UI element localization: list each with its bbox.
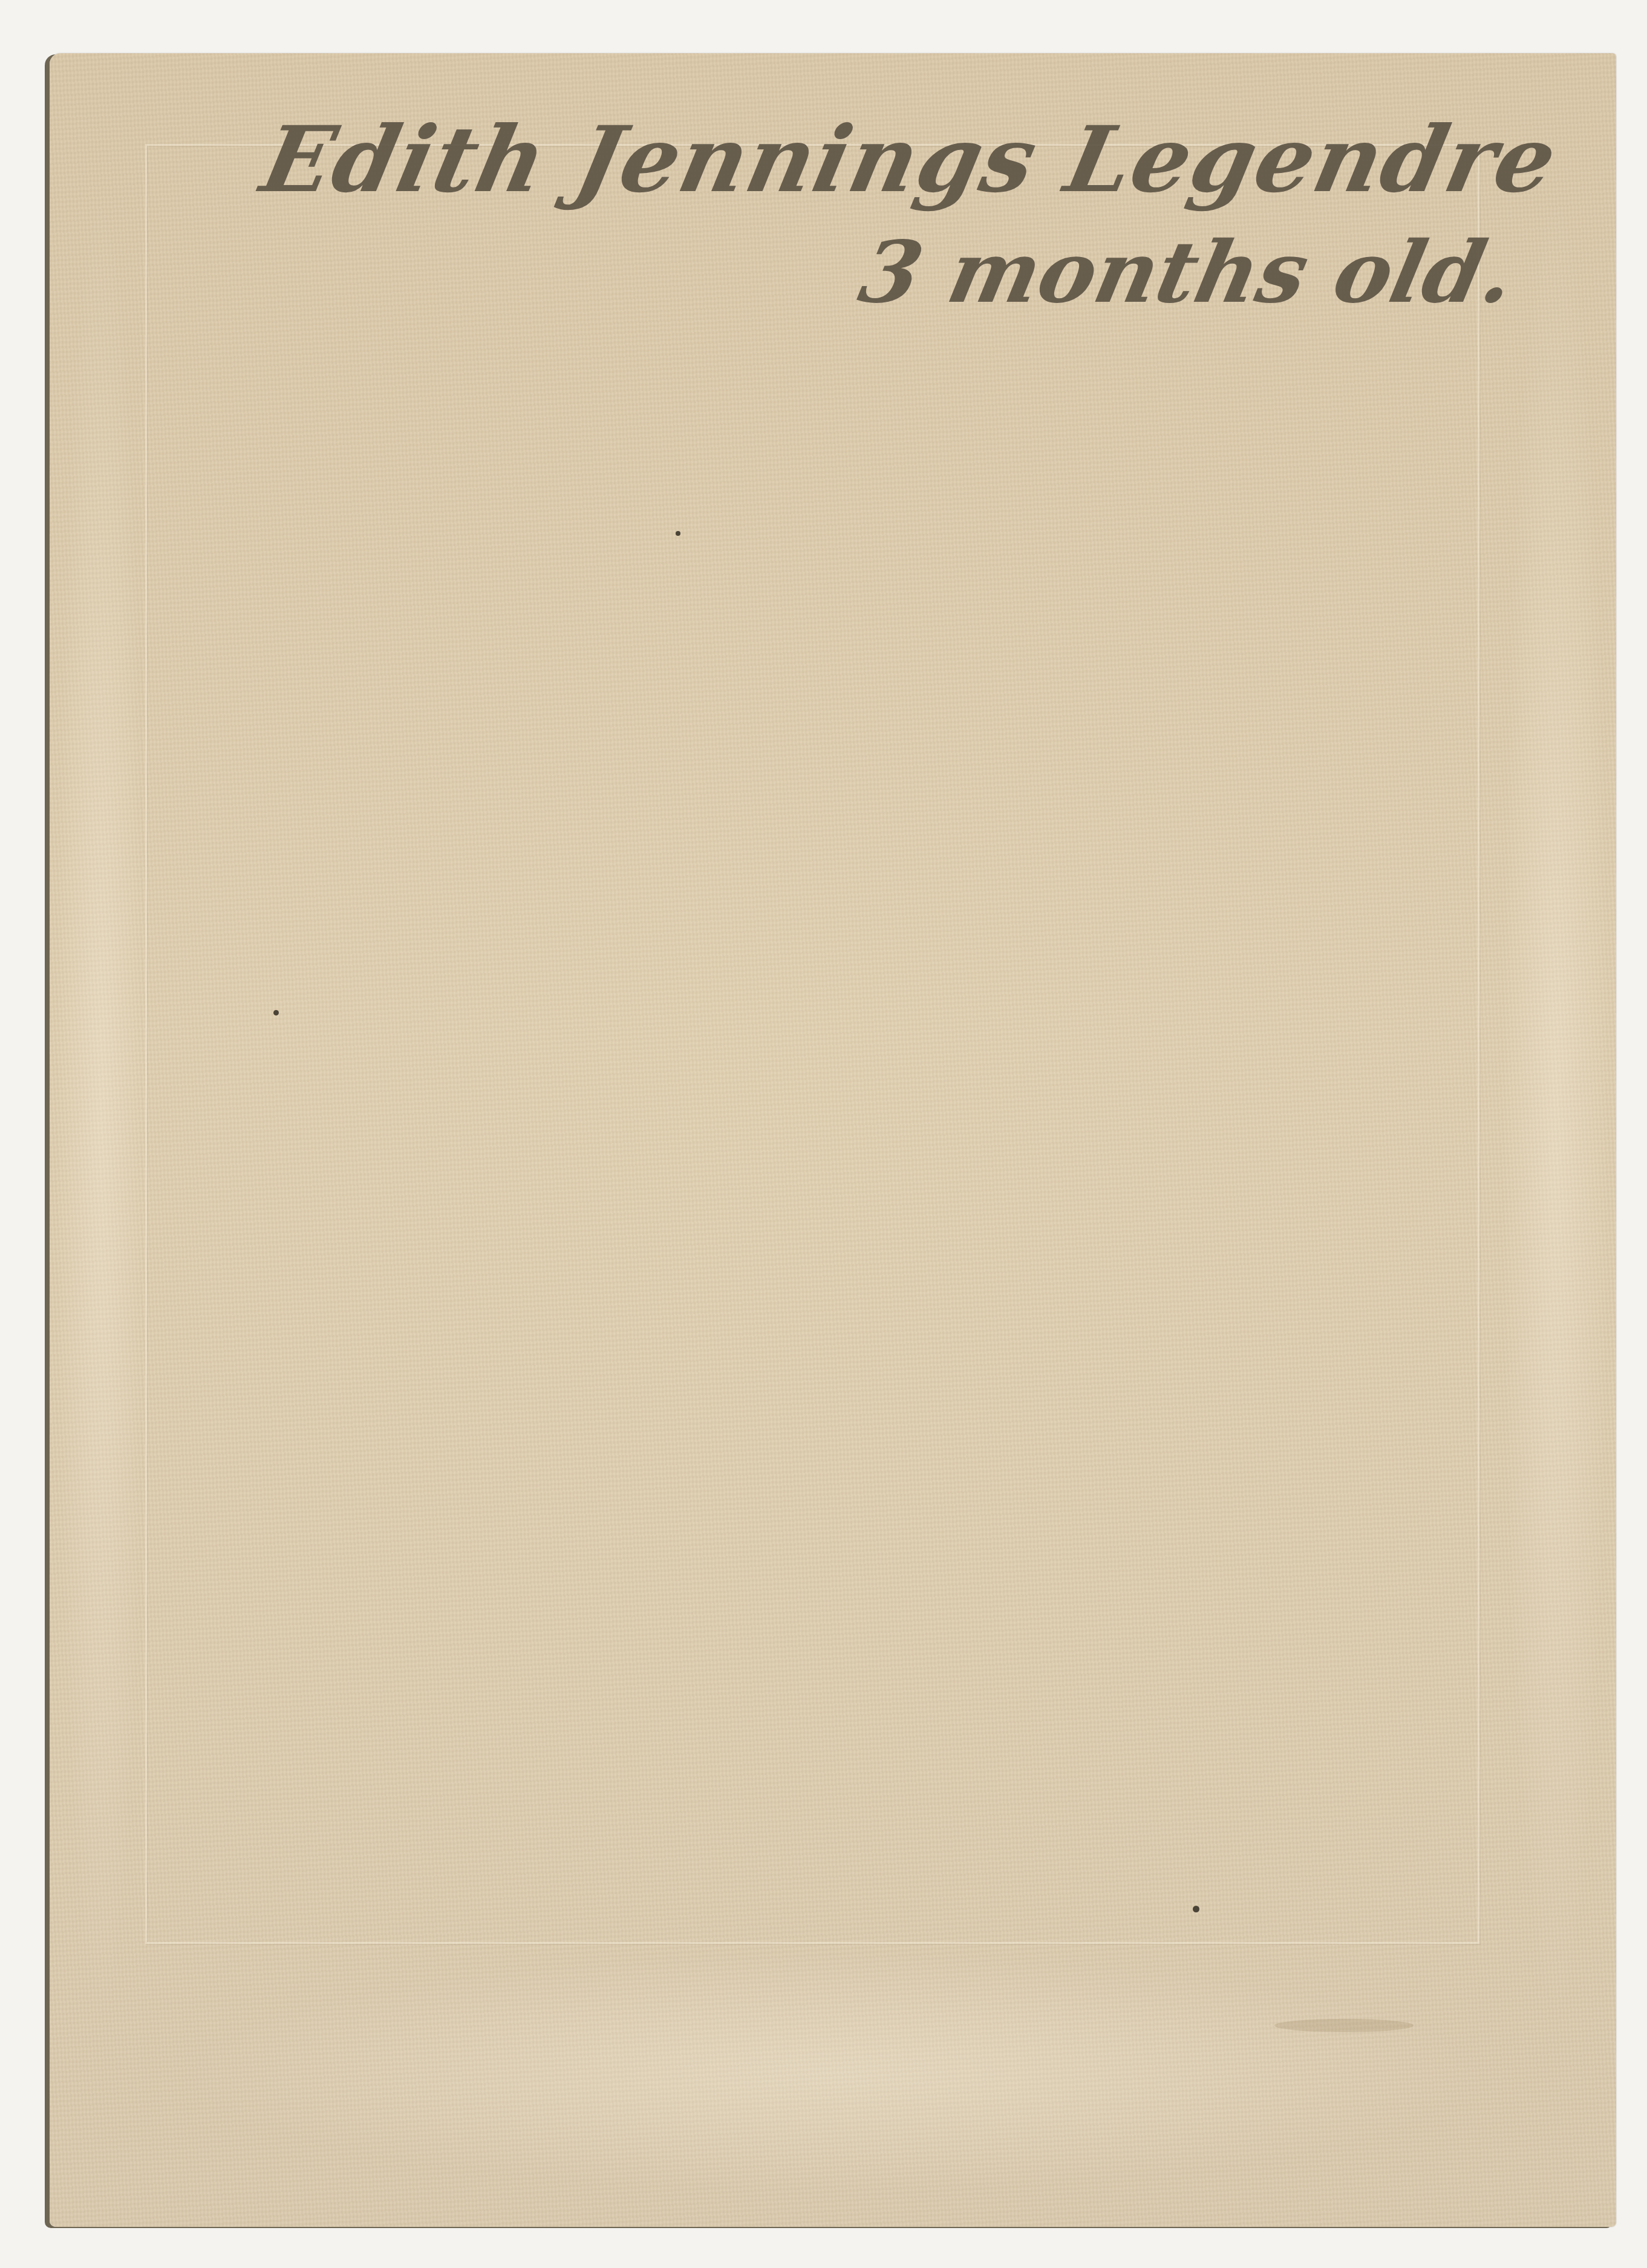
- paper-speck: [1193, 1906, 1199, 1912]
- inscription-name: Edith Jennings Legendre: [253, 108, 1567, 212]
- paper-speck: [676, 531, 680, 536]
- stain-mark: [1274, 2019, 1414, 2032]
- photo-card-back: Edith Jennings Legendre 3 months old.: [50, 53, 1616, 2227]
- embossed-floral-left: [56, 174, 146, 2049]
- embossed-inner-border: [145, 144, 1479, 1944]
- embossed-floral-bottom: [171, 1952, 1501, 2194]
- paper-speck: [273, 1010, 279, 1015]
- inscription-age: 3 months old.: [254, 224, 1524, 322]
- embossed-floral-right: [1501, 174, 1610, 2049]
- handwritten-inscription: Edith Jennings Legendre 3 months old.: [264, 108, 1556, 322]
